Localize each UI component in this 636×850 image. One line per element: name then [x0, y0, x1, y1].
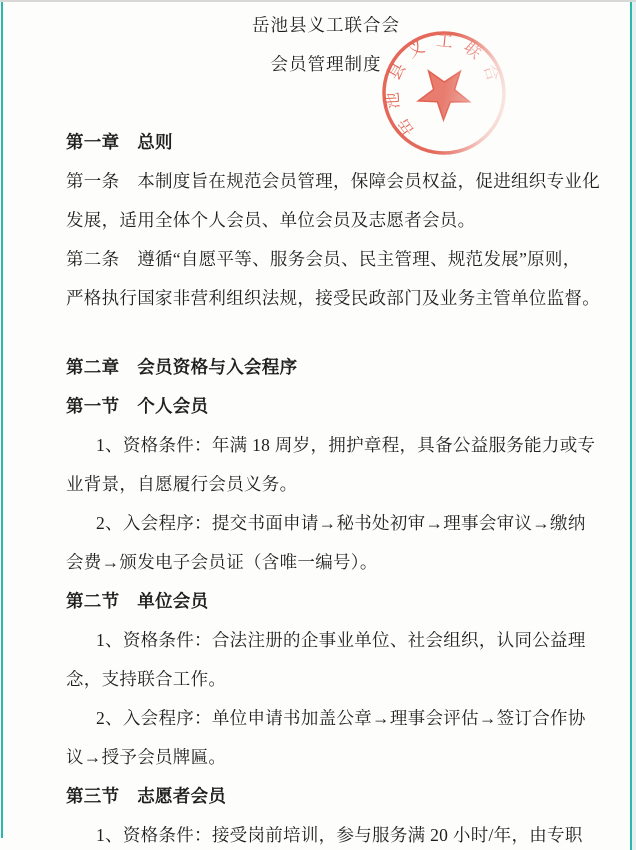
- body-text-line: 念，支持联合工作。: [66, 660, 586, 699]
- red-star-icon: [407, 56, 477, 125]
- page-top-border: [0, 0, 636, 2]
- body-text-line: 第二条 遵循“自愿平等、服务会员、民主管理、规范发展”原则，: [66, 240, 586, 279]
- body-text-line: 1、资格条件：合法注册的企事业单位、社会组织，认同公益理: [66, 621, 586, 660]
- section-spacer: [66, 318, 586, 348]
- body-text-line: 议→授予会员牌匾。: [66, 738, 586, 777]
- body-text-line: 业背景，自愿履行会员义务。: [66, 465, 586, 504]
- official-seal-stamp: 岳池县义工联合会: [369, 18, 519, 168]
- section-heading: 第二节 单位会员: [66, 582, 586, 621]
- body-text-line: 1、资格条件：年满 18 周岁，拥护章程，具备公益服务能力或专: [66, 426, 586, 465]
- body-text-line: 1、资格条件：接受岗前培训，参与服务满 20 小时/年，由专职: [66, 816, 586, 850]
- body-text-line: 发展，适用全体个人会员、单位会员及志愿者会员。: [66, 201, 586, 240]
- chapter-heading: 第二章 会员资格与入会程序: [66, 348, 586, 387]
- body-text-line: 会费→颁发电子会员证（含唯一编号）。: [66, 543, 586, 582]
- body-text-line: 2、入会程序：提交书面申请→秘书处初审→理事会审议→缴纳: [66, 504, 586, 543]
- page-left-border: [1, 2, 3, 838]
- section-heading: 第三节 志愿者会员: [66, 777, 586, 816]
- section-heading: 第一节 个人会员: [66, 387, 586, 426]
- scanned-document-page: 岳池县义工联合会会员管理制度第一章 总则第一条 本制度旨在规范会员管理，保障会员…: [0, 0, 636, 850]
- body-text-line: 严格执行国家非营利组织法规，接受民政部门及业务主管单位监督。: [66, 279, 586, 318]
- body-text-line: 2、入会程序：单位申请书加盖公章→理事会评估→签订合作协: [66, 699, 586, 738]
- page-right-margin-strip: [632, 2, 636, 850]
